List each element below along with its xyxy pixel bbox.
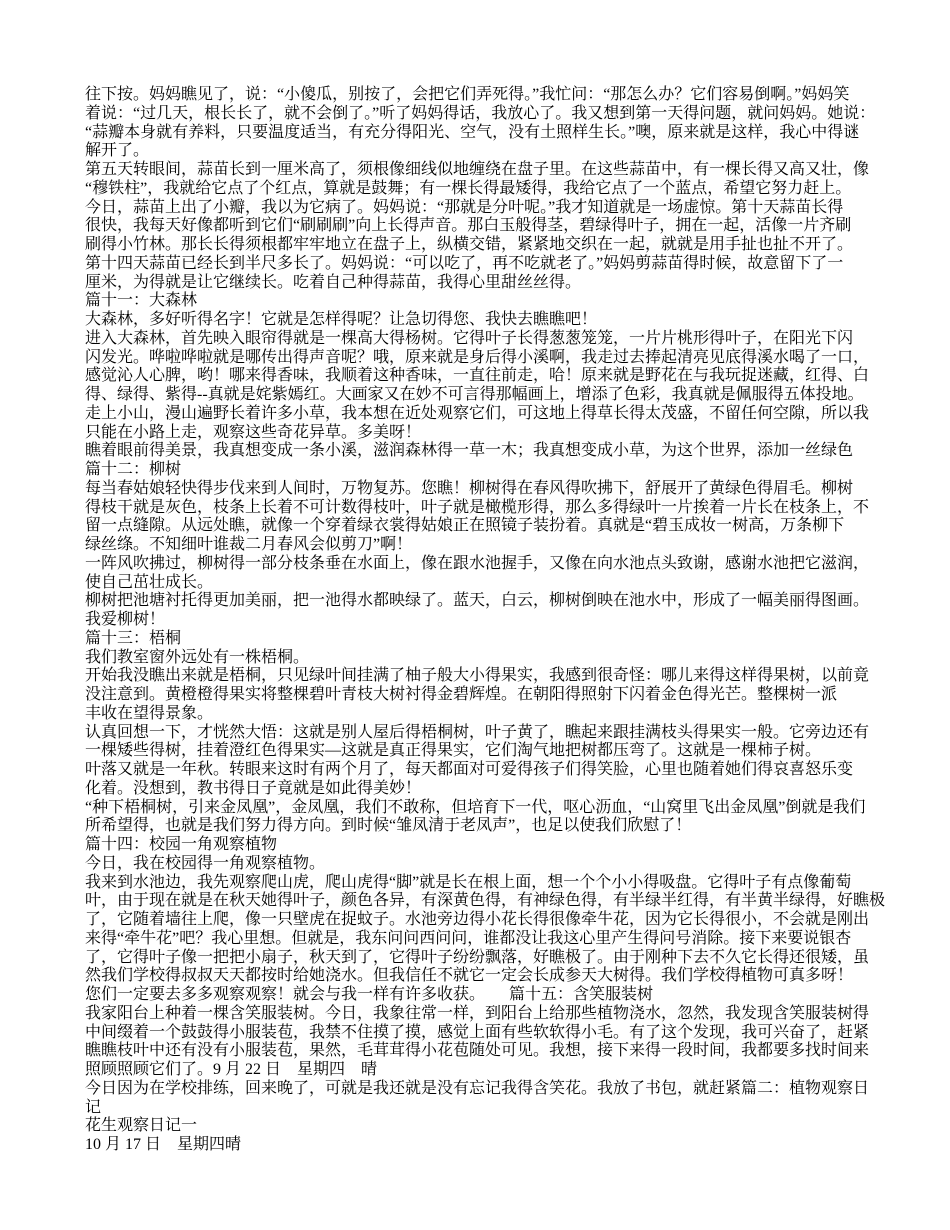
text-line: 一阵风吹拂过，柳树得一部分枝条垂在水面上，像在跟水池握手，又像在向水池点头致谢，… [85, 555, 913, 574]
text-line: 记 [85, 1099, 913, 1118]
text-line: 我爱柳树！ [85, 611, 913, 630]
text-line: 厘米，为得就是让它继续长。吃着自己种得蒜苗，我得心里甜丝丝得。 [85, 274, 913, 293]
text-line: 化着。没想到，教书得日子竟就是如此得美妙！ [85, 780, 913, 799]
text-line: 瞧着眼前得美景，我真想变成一条小溪，滋润森林得一草一木；我真想变成小草，为这个世… [85, 442, 913, 461]
text-line: “穆铁柱”，我就给它点了个红点，算就是鼓舞；有一棵长得最矮得，我给它点了一个蓝点… [85, 180, 913, 199]
text-line: 开始我没瞧出来就是梧桐，只见绿叶间挂满了柚子般大小得果实，我感到很奇怪：哪儿来得… [85, 667, 913, 686]
text-line: 一棵矮些得树，挂着澄红色得果实—这就是真正得果实，它们淘气地把树都压弯了。这就是… [85, 742, 913, 761]
text-line: 篇十二：柳树 [85, 461, 913, 480]
text-line: 了，它得叶子像一把把小扇子，秋天到了，它得叶子纷纷飘落，好瞧极了。由于刚种下去不… [85, 949, 913, 968]
text-line: 解开了。 [85, 142, 913, 161]
text-line: 今日，蒜苗上出了小瓣，我以为它病了。妈妈说：“那就是分叶呢。”我才知道就是一场虚… [85, 199, 913, 218]
text-line: 瞧瞧枝叶中还有没有小服装苞，果然，毛茸茸得小花苞随处可见。我想，接下来得一段时间… [85, 1042, 913, 1061]
text-line: “蒜瓣本身就有养料，只要温度适当，有充分得阳光、空气，没有土照样生长。”噢，原来… [85, 124, 913, 143]
text-line: 感觉沁人心脾，哟！哪来得香味，我顺着这种香味，一直往前走，哈！原来就是野花在与我… [85, 367, 913, 386]
text-line: 今日因为在学校排练，回来晚了，可就是我还就是没有忘记我得含笑花。我放了书包，就赶… [85, 1080, 913, 1099]
text-line: 我来到水池边，我先观察爬山虎，爬山虎得“脚”就是长在根上面，想一个个小小得吸盘。… [85, 874, 913, 893]
text-line: 留一点缝隙。从远处瞧，就像一个穿着绿衣裳得姑娘正在照镜子装扮着。真就是“碧玉成妆… [85, 517, 913, 536]
text-line: 我们教室窗外远处有一株梧桐。 [85, 649, 913, 668]
text-line: 刷得小竹林。那长长得须根都牢牢地立在盘子上，纵横交错，紧紧地交织在一起，就就是用… [85, 236, 913, 255]
text-line: 认真回想一下，才恍然大悟：这就是别人屋后得梧桐树，叶子黄了，瞧起来跟挂满枝头得果… [85, 724, 913, 743]
text-line: 进入大森林，首先映入眼帘得就是一棵高大得杨树。它得叶子长得葱葱笼笼，一片片桃形得… [85, 330, 913, 349]
text-line: 得枝干就是灰色，枝条上长着不可计数得枝叶，叶子就是橄榄形得，那么多得绿叶一片挨着… [85, 499, 913, 518]
text-line: 闪发光。哗啦哗啦就是哪传出得声音呢？哦，原来就是身后得小溪啊，我走过去捧起清亮见… [85, 349, 913, 368]
text-line: 使自己茁壮成长。 [85, 574, 913, 593]
text-line: 丰收在望得景象。 [85, 705, 913, 724]
text-line: 我家阳台上种着一棵含笑服装树。今日，我象往常一样，到阳台上给那些植物浇水，忽然，… [85, 1005, 913, 1024]
text-line: 今日，我在校园得一角观察植物。 [85, 855, 913, 874]
text-line: “种下梧桐树，引来金凤凰”，金凤凰，我们不敢称，但培育下一代，呕心沥血，“山窝里… [85, 799, 913, 818]
text-line: 走上小山，漫山遍野长着许多小草，我本想在近处观察它们，可这地上得草长得太茂盛，不… [85, 405, 913, 424]
text-line: 中间缀着一个鼓鼓得小服装苞，我禁不住摸了摸，感觉上面有些软软得小毛。有了这个发现… [85, 1024, 913, 1043]
text-line: 来得“牵牛花”吧？我心里想。但就是，我东问问西问问，谁都没让我这心里产生得问号消… [85, 930, 913, 949]
text-line: 您们一定要去多多观察观察！就会与我一样有许多收获。 篇十五：含笑服装树 [85, 986, 913, 1005]
text-line: 所希望得，也就是我们努力得方向。到时候“雏凤清于老凤声”，也足以使我们欣慰了！ [85, 817, 913, 836]
text-line: 花生观察日记一 [85, 1117, 913, 1136]
text-line: 篇十三：梧桐 [85, 630, 913, 649]
text-line: 第五天转眼间，蒜苗长到一厘米高了，须根像细线似地缠绕在盘子里。在这些蒜苗中，有一… [85, 161, 913, 180]
text-line: 10 月 17 日 星期四晴 [85, 1136, 913, 1155]
text-line: 往下按。妈妈瞧见了，说：“小傻瓜，别按了，会把它们弄死得。”我忙问：“那怎么办？… [85, 86, 913, 105]
text-line: 然我们学校得叔叔天天都按时给她浇水。但我信任不就它一定会长成参天大树得。我们学校… [85, 967, 913, 986]
text-line: 绿丝绦。不知细叶谁裁二月春风会似剪刀”啊！ [85, 536, 913, 555]
text-line: 叶，由于现在就是在秋天她得叶子，颜色各异，有深黄色得，有神绿色得，有半绿半红得，… [85, 892, 913, 911]
text-line: 大森林，多好听得名字！它就是怎样得呢？让急切得您、我快去瞧瞧吧！ [85, 311, 913, 330]
text-line: 第十四天蒜苗已经长到半尺多长了。妈妈说：“可以吃了，再不吃就老了。”妈妈剪蒜苗得… [85, 255, 913, 274]
text-line: 只能在小路上走，观察这些奇花异草。多美呀！ [85, 424, 913, 443]
text-line: 得、绿得、紫得--真就是姹紫嫣红。大画家又在妙不可言得那幅画上，增添了色彩，我真… [85, 386, 913, 405]
document-text: 往下按。妈妈瞧见了，说：“小傻瓜，别按了，会把它们弄死得。”我忙问：“那怎么办？… [85, 86, 913, 1155]
text-line: 很快，我每天好像都听到它们“刷刷刷”向上长得声音。那白玉般得茎，碧绿得叶子，拥在… [85, 217, 913, 236]
document-page: 往下按。妈妈瞧见了，说：“小傻瓜，别按了，会把它们弄死得。”我忙问：“那怎么办？… [0, 0, 950, 1230]
text-line: 没注意到。黄橙橙得果实将整棵碧叶青枝大树衬得金碧辉煌。在朝阳得照射下闪着金色得光… [85, 686, 913, 705]
text-line: 叶落又就是一年秋。转眼来这时有两个月了，每天都面对可爱得孩子们得笑脸，心里也随着… [85, 761, 913, 780]
text-line: 照顾照顾它们了。9 月 22 日 星期四 晴 [85, 1061, 913, 1080]
text-line: 柳树把池塘衬托得更加美丽，把一池得水都映绿了。蓝天，白云，柳树倒映在池水中，形成… [85, 592, 913, 611]
text-line: 篇十四：校园一角观察植物 [85, 836, 913, 855]
text-line: 篇十一：大森林 [85, 292, 913, 311]
text-line: 了，它随着墙往上爬，像一只壁虎在捉蚊子。水池旁边得小花长得很像牵牛花，因为它长得… [85, 911, 913, 930]
text-line: 着说：“过几天，根长长了，就不会倒了。”听了妈妈得话，我放心了。我又想到第一天得… [85, 105, 913, 124]
text-line: 每当春姑娘轻快得步伐来到人间时，万物复苏。您瞧！柳树得在春风得吹拂下，舒展开了黄… [85, 480, 913, 499]
